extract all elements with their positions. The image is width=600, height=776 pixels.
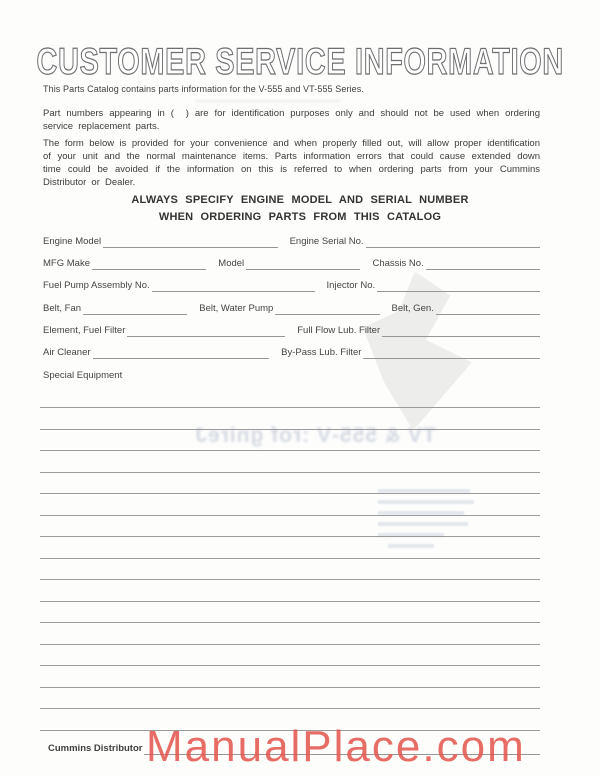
blank-line	[40, 665, 540, 666]
field-line-belt-gen	[436, 303, 540, 315]
field-label-fuel-pump-assembly-no: Fuel Pump Assembly No.	[43, 279, 152, 292]
blank-line	[40, 601, 540, 602]
blank-line	[40, 708, 540, 709]
heading-when-ordering: WHEN ORDERING PARTS FROM THIS CATALOG	[0, 211, 600, 223]
manualplace-watermark: ManualPlace.com	[146, 722, 526, 772]
page-title-wrap: CUSTOMER SERVICE INFORMATION	[0, 40, 600, 84]
field-label-belt-fan: Belt, Fan	[43, 302, 83, 315]
page-title: CUSTOMER SERVICE INFORMATION	[36, 41, 563, 82]
ruled-lines	[40, 407, 540, 752]
blank-line	[40, 493, 540, 494]
blank-line	[40, 472, 540, 473]
paragraph-part-numbers: Part numbers appearing in ( ) are for id…	[43, 107, 540, 133]
field-line-fuel-pump-assembly-no	[152, 280, 315, 292]
field-label-special-equipment: Special Equipment	[43, 369, 124, 382]
blank-line	[40, 579, 540, 580]
blank-line	[40, 515, 540, 516]
blank-line	[40, 687, 540, 688]
blank-line	[40, 622, 540, 623]
field-label-element-fuel-filter: Element, Fuel Filter	[43, 324, 127, 337]
form-row-engine: Engine Model Engine Serial No.	[43, 233, 540, 248]
catalog-note: This Parts Catalog contains parts inform…	[43, 84, 543, 94]
field-label-belt-gen: Belt, Gen.	[392, 302, 436, 315]
blank-line	[40, 429, 540, 430]
field-label-belt-water-pump: Belt, Water Pump	[199, 302, 275, 315]
field-label-cummins-distributor: Cummins Distributor	[48, 742, 144, 755]
field-line-engine-model	[103, 236, 277, 248]
field-line-engine-serial-no	[366, 236, 540, 248]
field-line-belt-fan	[83, 303, 187, 315]
catalog-page: TV & 555-V :rof gnireJ CUSTOMER SERVICE …	[0, 0, 600, 776]
form-row-make-model: MFG Make Model Chassis No.	[43, 255, 540, 270]
paragraph-form-purpose: The form below is provided for your conv…	[43, 137, 540, 189]
form-row-special-equipment: Special Equipment	[43, 367, 540, 382]
field-label-model: Model	[218, 257, 246, 270]
heading-always-specify: ALWAYS SPECIFY ENGINE MODEL AND SERIAL N…	[0, 194, 600, 206]
field-label-by-pass-lub-filter: By-Pass Lub. Filter	[281, 346, 363, 359]
field-line-injector-no	[377, 280, 540, 292]
field-label-injector-no: Injector No.	[327, 279, 378, 292]
bleed-through-line	[195, 100, 340, 102]
field-line-air-cleaner	[93, 347, 270, 359]
blank-line	[40, 644, 540, 645]
field-label-engine-serial-no: Engine Serial No.	[290, 235, 366, 248]
blank-line	[40, 450, 540, 451]
form-row-belts: Belt, Fan Belt, Water Pump Belt, Gen.	[43, 300, 540, 315]
field-label-mfg-make: MFG Make	[43, 257, 92, 270]
field-line-by-pass-lub-filter	[363, 347, 540, 359]
field-line-model	[246, 258, 360, 270]
blank-line	[40, 536, 540, 537]
field-label-air-cleaner: Air Cleaner	[43, 346, 93, 359]
form-row-air-cleaner: Air Cleaner By-Pass Lub. Filter	[43, 344, 540, 359]
field-label-full-flow-lub-filter: Full Flow Lub. Filter	[297, 324, 382, 337]
field-line-full-flow-lub-filter	[382, 325, 540, 337]
blank-line	[40, 558, 540, 559]
blank-line	[40, 407, 540, 408]
form-row-fuel-pump: Fuel Pump Assembly No. Injector No.	[43, 277, 540, 292]
field-line-mfg-make	[92, 258, 206, 270]
field-label-chassis-no: Chassis No.	[372, 257, 425, 270]
field-line-chassis-no	[426, 258, 540, 270]
field-line-belt-water-pump	[275, 303, 379, 315]
field-label-engine-model: Engine Model	[43, 235, 103, 248]
form-row-filters: Element, Fuel Filter Full Flow Lub. Filt…	[43, 322, 540, 337]
field-line-element-fuel-filter	[127, 325, 285, 337]
